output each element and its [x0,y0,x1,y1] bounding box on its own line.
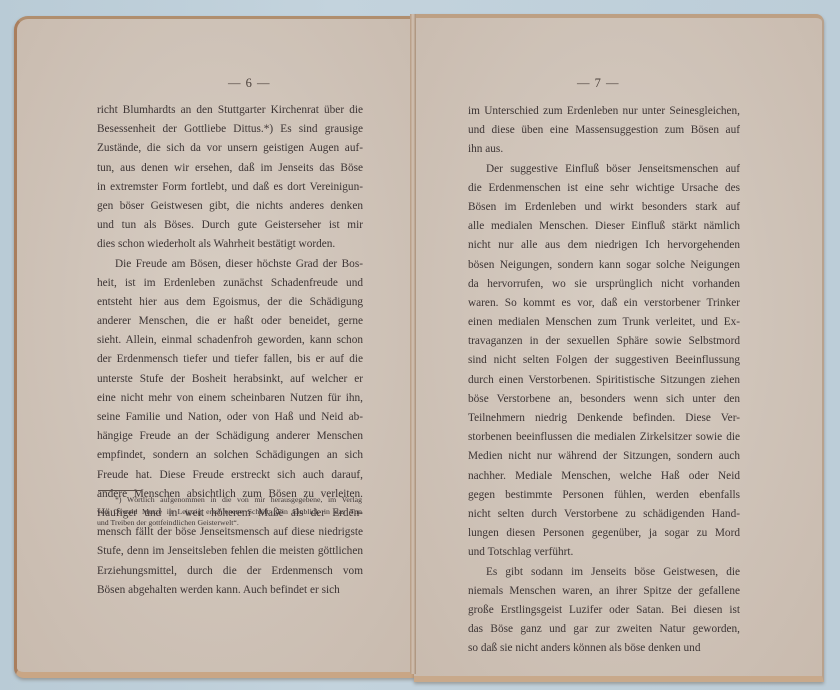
text-line: bösen Neigungen, sondern kann sogar solc… [468,256,740,275]
text-line: einen medialen Menschen zum Trunk verlei… [468,313,740,332]
text-line: Bösen abgehalten werden kann. Auch befin… [97,581,363,600]
text-line: heit, ist im Erdenleben zunächst Schaden… [97,274,363,293]
text-line: waren. So kommt es vor, daß ein verstorb… [468,294,740,313]
text-line: nicht selten durch Verstorbene zu schädi… [468,505,740,524]
text-line: nicht nur alle aus dem niedrigen Ich her… [468,236,740,255]
page-number-right: — 7 — [577,76,620,91]
text-line: im Unterschied zum Erdenleben nur unter … [468,102,740,121]
text-line: gen böser Geistwesen gibt, die nichts an… [97,197,363,216]
text-line: niemals Menschen waren, an ihrer Spitze … [468,582,740,601]
text-line: entsteht hier aus dem Egoismus, der die … [97,293,363,312]
text-line: gegen bestimmte Personen fühlen, werden … [468,486,740,505]
text-line: unterste Stufe der Bosheit herabsinkt, a… [97,370,363,389]
text-line: ihn aus. [468,140,740,159]
text-line: hängige Freude an der Schädigung anderer… [97,427,363,446]
text-line: durch einen Verstorbenen. Spiritistische… [468,371,740,390]
page-number-left: — 6 — [228,76,271,91]
text-line: der Erdenmensch tiefer und tiefer fallen… [97,350,363,369]
text-line: und Totschlag verführt. [468,543,740,562]
text-line: Besessenheit der Gottliebe Dittus.*) Es … [97,120,363,139]
text-line: so daß sie nicht anders können als böse … [468,639,740,658]
text-line: das Böse ganz und gar zur zweiten Natur … [468,620,740,639]
text-line: Zustände, die sich da vor unsern geistig… [97,139,363,158]
text-line: und tun als Böses. Durch gute Geisterseh… [97,216,363,235]
text-line: Die Freude am Bösen, dieser höchste Grad… [97,255,363,274]
text-line: Der suggestive Einfluß böser Jenseitsmen… [468,160,740,179]
book-gutter [410,14,416,674]
text-line: seine Familie und Nation, oder von Haß u… [97,408,363,427]
text-line: Es gibt sodann im Jenseits böse Geistwes… [468,563,740,582]
text-line: Bösen im Erdenleben und wirkt besonders … [468,198,740,217]
text-line: die Erdenmenschen ist eine sehr wichtige… [468,179,740,198]
text-line: travaganzen in der sexuellen Sphäre sowi… [468,332,740,351]
text-line: in extremster Form fortlebt, und daß es … [97,178,363,197]
text-line: von Oswald Mutze in Leipzig erschienene … [97,506,362,518]
text-line: Erziehungsmittel, durch die der Erdenmen… [97,562,363,581]
text-line: und Treiben der gottfeindlichen Geisterw… [97,517,362,529]
right-page-body: im Unterschied zum Erdenleben nur unter … [468,102,740,658]
text-line: und diese üben eine Massensuggestion zum… [468,121,740,140]
text-line: Freude hat. Diese Freude erstreckt sich … [97,466,363,485]
text-line: Teilnehmern niedrig Denkende befinden. D… [468,409,740,428]
text-line: dies schon wiederholt als Wahrheit bestä… [97,235,363,254]
text-line: Medien nicht nur während der Sitzungen, … [468,447,740,466]
text-line: nachher. Mediale Menschen, welche Haß od… [468,467,740,486]
text-line: sieht. Allein, einmal schadenfroh geword… [97,331,363,350]
text-line: alle medialen Menschen. Dieser Einfluß s… [468,217,740,236]
text-line: lungen diesen Personen gegenüber, ja sog… [468,524,740,543]
footnote-rule [98,490,142,491]
left-page-footnote: *) Wörtlich aufgenommen in die von mir h… [97,494,362,529]
text-line: anderer Menschen, die er haßt oder benei… [97,312,363,331]
text-line: Stufe, denn im Jenseitsleben fehlen die … [97,542,363,561]
text-line: da hervorrufen, wo sie ursprünglich nich… [468,275,740,294]
text-line: *) Wörtlich aufgenommen in die von mir h… [97,494,362,506]
text-line: empfindet, sondern an solchen Schädigung… [97,446,363,465]
text-line: sind nicht selten Folgen der suggestiven… [468,351,740,370]
text-line: böse Verstorbene an, besonders wenn sich… [468,390,740,409]
text-line: tun, aus denen wir ersehen, daß im Jense… [97,159,363,178]
text-line: große Erstlingsgeist Luzifer oder Satan.… [468,601,740,620]
text-line: eine nicht mehr von einem scheinbaren Nu… [97,389,363,408]
text-line: storbenen beeinflussen die medialen Zirk… [468,428,740,447]
text-line: richt Blumhardts an den Stuttgarter Kirc… [97,101,363,120]
